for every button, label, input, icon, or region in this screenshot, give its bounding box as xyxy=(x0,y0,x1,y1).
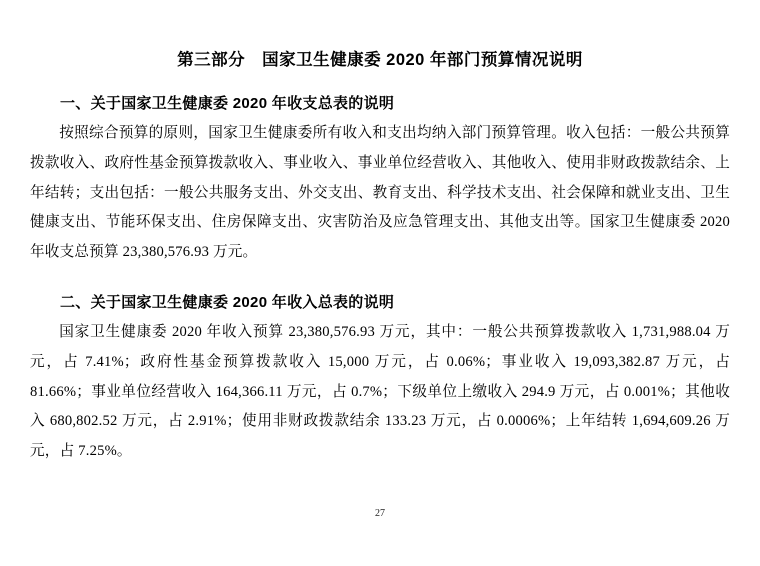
document-title: 第三部分 国家卫生健康委 2020 年部门预算情况说明 xyxy=(30,48,730,72)
section-2-body: 国家卫生健康委 2020 年收入预算 23,380,576.93 万元，其中：一… xyxy=(30,318,730,467)
section-income-expenditure: 一、关于国家卫生健康委 2020 年收支总表的说明 按照综合预算的原则，国家卫生… xyxy=(30,93,730,268)
section-2-heading: 二、关于国家卫生健康委 2020 年收入总表的说明 xyxy=(30,292,730,313)
section-income: 二、关于国家卫生健康委 2020 年收入总表的说明 国家卫生健康委 2020 年… xyxy=(30,292,730,467)
section-1-body: 按照综合预算的原则，国家卫生健康委所有收入和支出均纳入部门预算管理。收入包括：一… xyxy=(30,119,730,268)
section-1-heading: 一、关于国家卫生健康委 2020 年收支总表的说明 xyxy=(30,93,730,114)
page-number: 27 xyxy=(0,508,760,519)
document-page: 第三部分 国家卫生健康委 2020 年部门预算情况说明 一、关于国家卫生健康委 … xyxy=(0,0,760,566)
